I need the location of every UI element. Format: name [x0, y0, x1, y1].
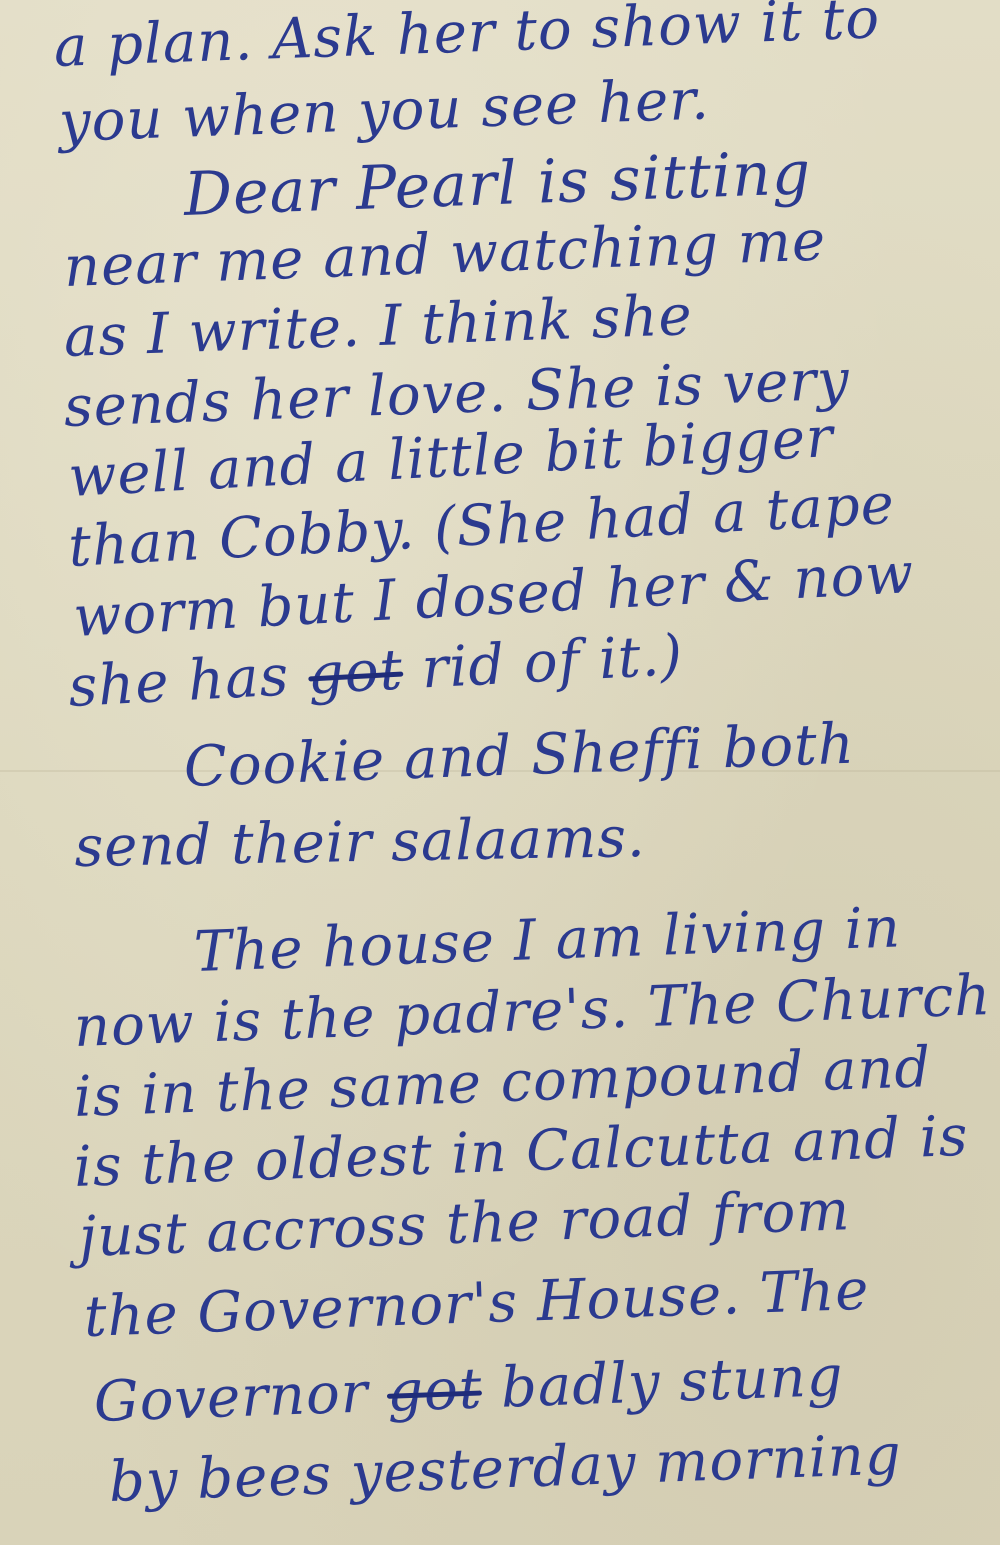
struck-word: got: [386, 1356, 483, 1424]
letter-line-4: near me and watching me: [63, 213, 827, 296]
letter-line-11: Cookie and Sheffi both: [183, 717, 856, 796]
line-suffix: rid of it.): [401, 623, 684, 703]
letter-line-19: Governor got badly stung: [93, 1349, 844, 1431]
line-suffix: badly stung: [481, 1344, 845, 1422]
line-prefix: Governor: [93, 1360, 388, 1435]
letter-line-20: by bees yesterday morning: [108, 1427, 903, 1511]
letter-line-2: you when you see her.: [58, 72, 710, 151]
letter-page: a plan. Ask her to show it to you when y…: [0, 0, 1000, 1545]
struck-word: got: [306, 638, 404, 708]
letter-line-12: send their salaams.: [74, 810, 646, 876]
line-prefix: she has: [67, 643, 310, 720]
letter-line-5: as I write. I think she: [63, 288, 693, 366]
letter-line-18: the Governor's House. The: [83, 1263, 870, 1346]
letter-line-1: a plan. Ask her to show it to: [53, 0, 881, 76]
